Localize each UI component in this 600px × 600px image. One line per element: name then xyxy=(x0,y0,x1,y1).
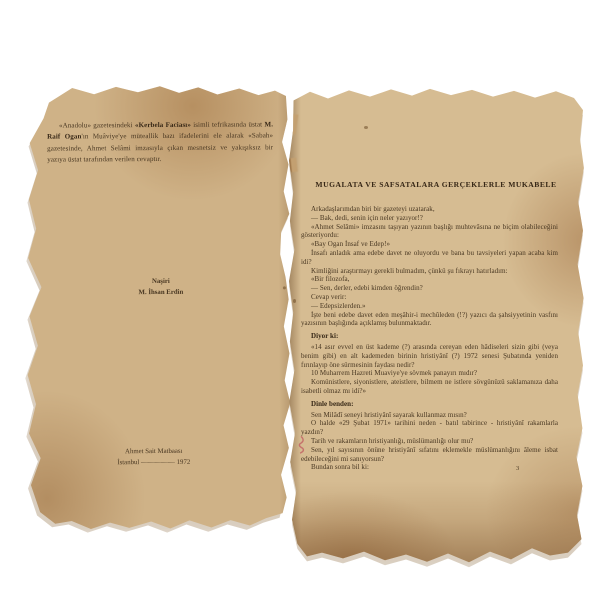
binding-scrap xyxy=(287,113,299,134)
paragraph: Bundan sonra bil ki: xyxy=(301,463,558,472)
preface-text: «Anadolu» gazetesindeki xyxy=(59,121,135,129)
paragraph: «Bay Ogan İnsaf ve Edep!» xyxy=(301,240,558,249)
paragraph: Komünistlere, siyonistlere, ateistlere, … xyxy=(301,378,558,396)
preface-text: 'ın Muâviye'ye müteallik bazı ifadelerin… xyxy=(47,132,273,164)
paragraph: Arkadaşlarımdan biri bir gazeteyi uzatar… xyxy=(301,205,558,214)
chapter-title: MUGALATA VE SAFSATALARA GERÇEKLERLE MUKA… xyxy=(292,180,580,189)
paragraph: Sen Milâdî seneyi hristiyânî sayarak kul… xyxy=(301,411,558,420)
publisher-block: Naşiri M. İhsan Erdin xyxy=(24,275,298,298)
paragraph: «14 asır evvel en üst kademe (?) arasınd… xyxy=(301,343,558,369)
paragraph: Tarih ve rakamların hristiyanlığı, müslü… xyxy=(301,437,558,446)
paragraph: İşte beni edebe davet eden meşâhir-i mec… xyxy=(301,311,558,329)
section-heading: Diyor ki: xyxy=(301,332,558,341)
paragraph: Cevap verir: xyxy=(301,293,558,302)
paragraph: — Bak, dedi, senin için neler yazıyor!? xyxy=(301,214,558,223)
section-heading: Dinle benden: xyxy=(301,400,558,409)
paragraph: 10 Muharrem Hazreti Muaviye'ye sövmek pa… xyxy=(301,369,558,378)
imprint-block: Ahmet Sait Matbaası İstanbul ————— 1972 xyxy=(25,445,299,468)
paper-speck xyxy=(293,299,296,303)
work-title-bold: «Kerbela Faciası» xyxy=(135,121,191,129)
page-number: 3 xyxy=(516,465,519,472)
paragraph: O halde «29 Şubat 1971» tarihini neden -… xyxy=(301,419,558,437)
publisher-name: M. İhsan Erdin xyxy=(24,286,298,298)
paragraph: İnsafı anladık ama edebe davet ne oluyor… xyxy=(301,249,558,267)
paragraph: Kimliğini araştırmayı gerekli bulmadım, … xyxy=(301,267,558,276)
paper-speck xyxy=(283,286,286,289)
imprint-city-year: İstanbul ————— 1972 xyxy=(25,456,283,468)
paper-speck xyxy=(364,126,368,129)
paper-speck xyxy=(57,94,60,96)
preface-text: isimli tefrikasında üstat xyxy=(191,120,265,128)
left-page: «Anadolu» gazetesindeki «Kerbela Faciası… xyxy=(23,83,299,534)
paragraph: «Bir filozofa, xyxy=(301,275,558,284)
paragraph: — Sen, derler, edebi kimden öğrendin? xyxy=(301,284,558,293)
page-body: Arkadaşlarımdan biri bir gazeteyi uzatar… xyxy=(301,205,558,472)
binding-scrap xyxy=(289,158,297,173)
book-photo: «Anadolu» gazetesindeki «Kerbela Faciası… xyxy=(0,0,600,600)
paragraph: — Edepsizlerden.» xyxy=(301,302,558,311)
paragraph: Sen, yıl sayısının önüne hristiyânî sıfa… xyxy=(301,446,558,464)
preface-paragraph: «Anadolu» gazetesindeki «Kerbela Faciası… xyxy=(47,119,273,165)
right-page: MUGALATA VE SAFSATALARA GERÇEKLERLE MUKA… xyxy=(286,86,586,568)
paragraph: «Ahmet Selâmi» imzasını taşıyan yazının … xyxy=(301,223,558,241)
